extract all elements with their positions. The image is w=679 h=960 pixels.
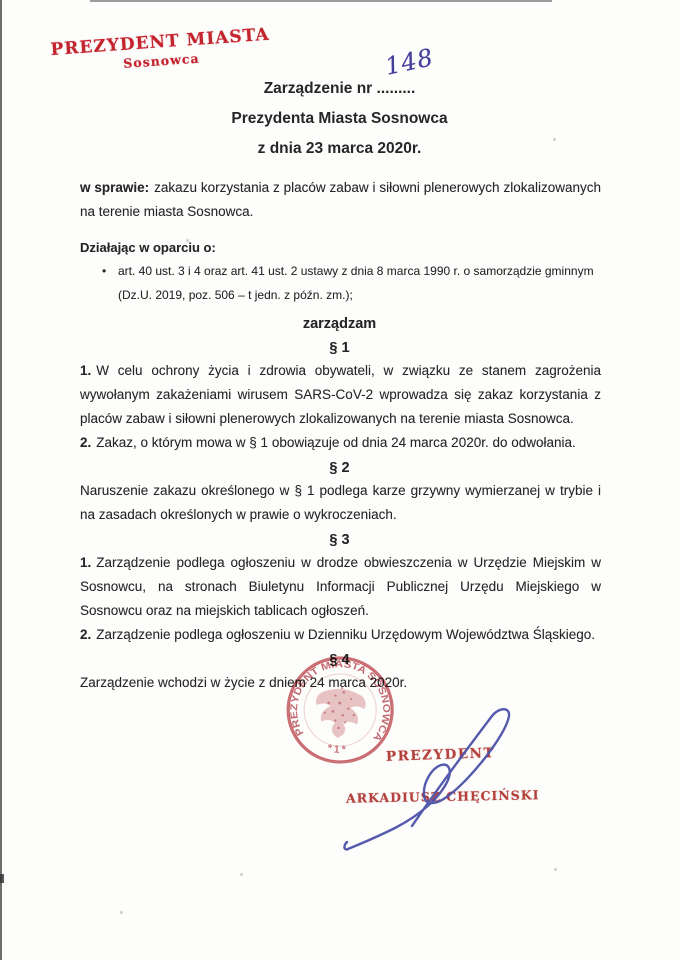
- legal-basis-heading: Działając w oparciu o:: [80, 240, 601, 255]
- subject-label: w sprawie:: [80, 180, 149, 195]
- title-issuer-line: Prezydenta Miasta Sosnowca: [0, 104, 679, 134]
- paragraph-text: Zarządzenie podlega ogłoszeniu w Dzienni…: [96, 627, 595, 642]
- ordinance-number-label: Zarządzenie nr: [264, 80, 373, 97]
- scan-artifact-corner-mark: [0, 874, 4, 883]
- scan-artifact-left-edge: [0, 0, 2, 960]
- paragraph-number: 1.: [80, 555, 91, 570]
- scan-speck: [240, 873, 243, 876]
- paragraph: 1.W celu ochrony życia i zdrowia obywate…: [80, 359, 601, 431]
- paragraph-number: 2.: [80, 435, 91, 450]
- legal-basis-list: • art. 40 ust. 3 i 4 oraz art. 41 ust. 2…: [102, 259, 609, 307]
- paragraph-text: Naruszenie zakazu określonego w § 1 podl…: [80, 483, 601, 522]
- paragraph: 2.Zakaz, o którym mowa w § 1 obowiązuje …: [80, 431, 601, 455]
- paragraph-number: 2.: [80, 627, 91, 642]
- signature-stroke: [344, 709, 509, 849]
- paragraph-text: Zakaz, o którym mowa w § 1 obowiązuje od…: [96, 435, 576, 450]
- scan-speck: [554, 868, 557, 871]
- paragraph: Naruszenie zakazu określonego w § 1 podl…: [80, 479, 601, 527]
- subject-paragraph: w sprawie:zakazu korzystania z placów za…: [80, 176, 601, 224]
- paragraph-number: 1.: [80, 363, 91, 378]
- scan-artifact-top-line: [90, 0, 552, 2]
- section-1-heading: § 1: [0, 337, 679, 359]
- paragraph-text: Zarządzenie podlega ogłoszeniu w drodze …: [80, 555, 601, 618]
- handwritten-signature: [270, 670, 550, 870]
- scanned-ordinance-page: PREZYDENT MIASTA Sosnowca 148 Zarządzeni…: [0, 0, 679, 960]
- order-word: zarządzam: [0, 313, 679, 335]
- paragraph: 1.Zarządzenie podlega ogłoszeniu w drodz…: [80, 551, 601, 623]
- legal-basis-text: art. 40 ust. 3 i 4 oraz art. 41 ust. 2 u…: [118, 259, 609, 307]
- dotted-placeholder: .........: [377, 80, 416, 97]
- section-3-heading: § 3: [0, 529, 679, 551]
- title-date-line: z dnia 23 marca 2020r.: [0, 134, 679, 164]
- ordinance-number-line: Zarządzenie nr .........: [0, 74, 679, 104]
- paragraph: 2.Zarządzenie podlega ogłoszeniu w Dzien…: [80, 623, 601, 647]
- scan-speck: [553, 138, 556, 141]
- section-2-heading: § 2: [0, 457, 679, 479]
- subject-text: zakazu korzystania z placów zabaw i siło…: [80, 180, 601, 219]
- paragraph-text: W celu ochrony życia i zdrowia obywateli…: [80, 363, 601, 426]
- bullet-icon: •: [102, 259, 118, 307]
- title-block: Zarządzenie nr ......... Prezydenta Mias…: [0, 0, 679, 164]
- scan-speck: [120, 911, 123, 914]
- scan-speck: [186, 239, 189, 242]
